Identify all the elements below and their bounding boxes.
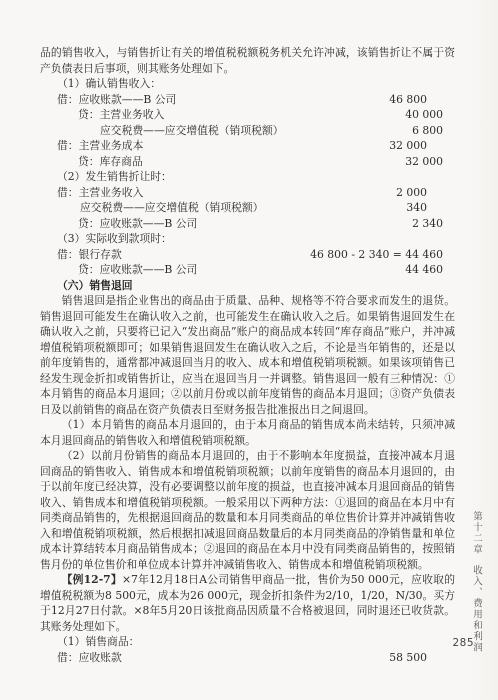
account-label: 贷：应收账款——B 公司 xyxy=(40,216,197,232)
body-paragraph: 销售退回是指企业售出的商品由于质量、品种、规格等不符合要求而发生的退货。销售退回… xyxy=(40,293,455,417)
amount: 32 000 xyxy=(389,138,427,154)
step-label: （1）确认销售收入： xyxy=(40,76,161,92)
journal-row: 贷：应收账款——B 公司 44 460 xyxy=(40,262,455,278)
account-label: 借：银行存款 xyxy=(40,247,122,263)
journal-row: 应交税费——应交增值税（销项税额） 340 xyxy=(40,200,455,216)
journal-step-label: （1）确认销售收入： xyxy=(40,76,455,92)
journal-row: 借：应收账款 58 500 xyxy=(40,650,455,666)
page-body: 品的销售收入，与销售折让有关的增值税税额税务机关允许冲减，该销售折让不属于资产负… xyxy=(40,45,455,665)
journal-row: 借：主营业务成本 32 000 xyxy=(40,138,455,154)
account-label: 贷：主营业务收入 xyxy=(40,107,164,123)
page-number: 285 xyxy=(452,637,474,649)
account-label: 应交税费——应交增值税（销项税额） xyxy=(40,123,284,139)
amount-formula: 46 800 - 2 340 = 44 460 xyxy=(310,247,443,263)
amount: 32 000 xyxy=(405,154,443,170)
body-paragraph: （1）本月销售的商品本月退回的，由于本月商品的销售成本尚未结转，只须冲减本月退回… xyxy=(40,417,455,448)
amount: 58 500 xyxy=(389,650,427,666)
amount: 2 000 xyxy=(396,185,427,201)
journal-row: 贷：应收账款——B 公司 2 340 xyxy=(40,216,455,232)
journal-row: 借：银行存款 46 800 - 2 340 = 44 460 xyxy=(40,247,455,263)
journal-row: 贷：库存商品 32 000 xyxy=(40,154,455,170)
chapter-sidebar: 第十二章收入、费用和利润 xyxy=(469,511,483,653)
amount: 46 800 xyxy=(389,92,427,108)
step-label: （2）发生销售折让时： xyxy=(40,169,172,185)
account-label: 贷：库存商品 xyxy=(40,154,143,170)
journal-step-label: （2）发生销售折让时： xyxy=(40,169,455,185)
step-label: （3）实际收到款项时： xyxy=(40,231,172,247)
account-label: 贷：应收账款——B 公司 xyxy=(40,262,197,278)
intro-paragraph: 品的销售收入，与销售折让有关的增值税税额税务机关允许冲减，该销售折让不属于资产负… xyxy=(40,45,455,76)
journal-row: 应交税费——应交增值税（销项税额） 6 800 xyxy=(40,123,455,139)
account-label: 借：应收账款 xyxy=(40,650,122,666)
section-heading: （六）销售退回 xyxy=(40,278,455,294)
account-label: 借：主营业务收入 xyxy=(40,185,143,201)
account-label: 借：主营业务成本 xyxy=(40,138,143,154)
amount: 6 800 xyxy=(412,123,443,139)
book-page: 品的销售收入，与销售折让有关的增值税税额税务机关允许冲减，该销售折让不属于资产负… xyxy=(0,0,498,700)
body-paragraph: （2）以前月份销售的商品本月退回的，由于不影响本年度损益，直接冲减本月退回商品的… xyxy=(40,448,455,572)
journal-row: 借：应收账款——B 公司 46 800 xyxy=(40,92,455,108)
journal-step-label: （1）销售商品： xyxy=(40,634,455,650)
journal-step-label: （3）实际收到款项时： xyxy=(40,231,455,247)
example-tag: 【例12-7】 xyxy=(62,573,122,586)
chapter-number: 第十二章 xyxy=(471,511,482,555)
journal-row: 贷：主营业务收入 40 000 xyxy=(40,107,455,123)
amount: 40 000 xyxy=(405,107,443,123)
account-label: 应交税费——应交增值税（销项税额） xyxy=(40,200,264,216)
amount: 2 340 xyxy=(412,216,443,232)
amount: 44 460 xyxy=(405,262,443,278)
example-paragraph: 【例12-7】×7年12月18日A公司销售甲商品一批，售价为50 000元，应收… xyxy=(40,572,455,634)
account-label: 借：应收账款——B 公司 xyxy=(40,92,176,108)
journal-row: 借：主营业务收入 2 000 xyxy=(40,185,455,201)
amount: 340 xyxy=(406,200,427,216)
step-label: （1）销售商品： xyxy=(40,634,139,650)
